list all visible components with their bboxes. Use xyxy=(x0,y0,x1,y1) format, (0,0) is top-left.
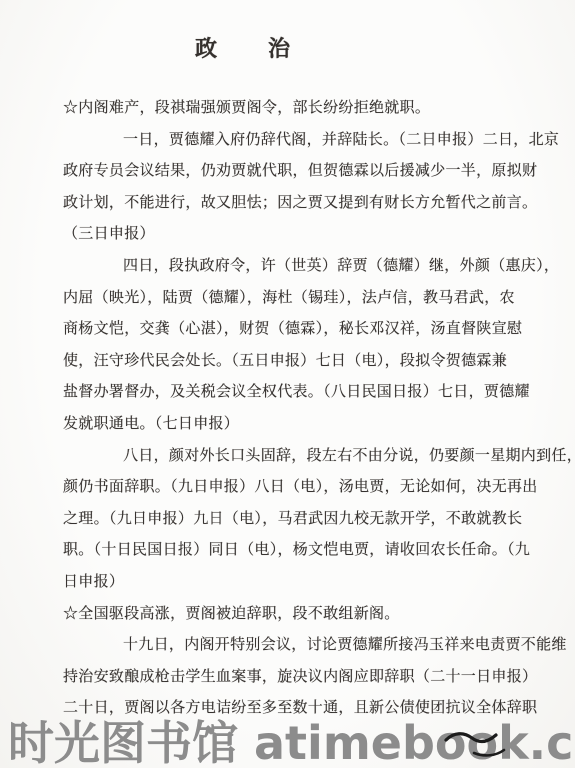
page-title-char-1: 政 xyxy=(195,32,217,63)
text-line-6: 四日，段执政府令，许（世英）辞贾（德耀）继，外颜（惠庆）， xyxy=(63,250,525,282)
pen-scribble-mark xyxy=(440,726,530,762)
text-line-15: 职。（十日民国日报）同日（电），杨文恺电贾，请收回农长任命。（九 xyxy=(63,534,525,566)
section-heading-1: ☆内阁难产，段祺瑞强颁贾阁令，部长纷纷拒绝就职。 xyxy=(63,92,525,124)
text-line-13: 颜仍书面辞职。（九日申报）八日（电），汤电贾，无论如何，决无再出 xyxy=(63,471,525,503)
text-line-19: 持治安致酿成枪击学生血案事，旋决议内阁应即辞职（二十一日申报） xyxy=(63,661,525,693)
text-line-18: 十九日，内阁开特别会议，讨论贾德耀所接冯玉祥来电责贾不能维 xyxy=(63,629,525,661)
text-line-3: 政府专员会议结果，仍劝贾就代职，但贺德霖以后援减少一半，原拟财 xyxy=(63,155,525,187)
section-heading-2: ☆全国驱段高涨，贾阁被迫辞职，段不敢组新阁。 xyxy=(63,598,525,630)
text-line-10: 盐督办署督办，及关税会议全权代表。（八日民国日报）七日，贾德耀 xyxy=(63,376,525,408)
text-line-12: 八日，颜对外长口头固辞，段左右不由分说，仍要颜一星期内到任， xyxy=(63,440,525,472)
text-line-14: 之理。（九日申报）九日（电），马君武因九校无款开学，不敢就教长 xyxy=(63,503,525,535)
page-title: 政 治 xyxy=(195,32,290,63)
text-line-5: （三日申报） xyxy=(63,218,525,250)
text-line-9: 使，汪守珍代民会处长。（五日申报）七日（电），段拟令贺德霖兼 xyxy=(63,345,525,377)
text-line-16: 日申报） xyxy=(63,566,525,598)
text-line-7: 内屈（映光），陆贾（德耀），海杜（锡珪），法卢信，教马君武，农 xyxy=(63,282,525,314)
body-text-block: ☆内阁难产，段祺瑞强颁贾阁令，部长纷纷拒绝就职。 一日，贾德耀入府仍辞代阁，并辞… xyxy=(63,92,525,724)
scanned-document-page: 政 治 ☆内阁难产，段祺瑞强颁贾阁令，部长纷纷拒绝就职。 一日，贾德耀入府仍辞代… xyxy=(0,0,575,768)
text-line-4: 政计划，不能进行，故又胆怯；因之贾又提到有财长方允暂代之前言。 xyxy=(63,187,525,219)
text-line-11: 发就职通电。（七日申报） xyxy=(63,408,525,440)
page-title-char-2: 治 xyxy=(268,32,290,63)
text-line-2: 一日，贾德耀入府仍辞代阁，并辞陆长。（二日申报）二日，北京 xyxy=(63,124,525,156)
text-line-8: 商杨文恺，交龚（心湛），财贺（德霖），秘长邓汉祥，汤直督陕宣慰 xyxy=(63,313,525,345)
